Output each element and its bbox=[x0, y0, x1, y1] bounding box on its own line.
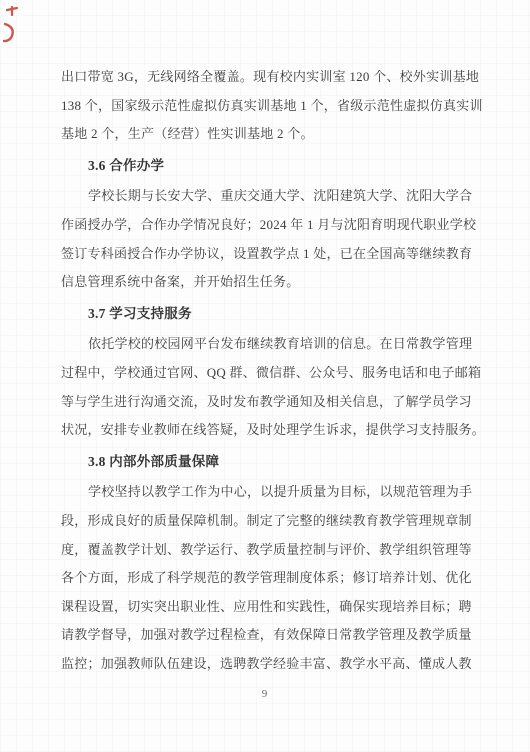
text-line: 状况，安排专业教师在线答疑，及时处理学生诉求，提供学习支持服务。 bbox=[61, 416, 470, 445]
text-line: 等与学生进行沟通交流，及时发布教学通知及相关信息，了解学员学习 bbox=[61, 388, 470, 417]
text-line: 138 个，国家级示范性虚拟仿真实训基地 1 个，省级示范性虚拟仿真实训 bbox=[61, 92, 470, 121]
text-line: 学校坚持以教学工作为中心，以提升质量为目标，以规范管理为手 bbox=[61, 478, 470, 507]
text-line: 度，覆盖教学计划、教学运行、教学质量控制与评价、教学组织管理等 bbox=[61, 536, 470, 565]
document-page: 出口带宽 3G，无线网络全覆盖。现有校内实训室 120 个、校外实训基地138 … bbox=[0, 0, 530, 752]
page-number: 9 bbox=[0, 688, 530, 700]
section-heading: 3.8 内部外部质量保障 bbox=[61, 448, 470, 477]
text-line: 课程设置，切实突出职业性、应用性和实践性，确保实现培养目标；聘 bbox=[61, 593, 470, 622]
text-line: 出口带宽 3G，无线网络全覆盖。现有校内实训室 120 个、校外实训基地 bbox=[61, 63, 470, 92]
text-line: 段，形成良好的质量保障机制。制定了完整的继续教育教学管理规章制 bbox=[61, 507, 470, 536]
section-heading: 3.7 学习支持服务 bbox=[61, 300, 470, 329]
text-line: 签订专科函授合作办学协议，设置教学点 1 处，已在全国高等继续教育 bbox=[61, 240, 470, 269]
section-heading: 3.6 合作办学 bbox=[61, 152, 470, 181]
document-body: 出口带宽 3G，无线网络全覆盖。现有校内实训室 120 个、校外实训基地138 … bbox=[61, 63, 470, 678]
text-line: 信息管理系统中备案，并开始招生任务。 bbox=[61, 268, 470, 297]
text-line: 各个方面，形成了科学规范的教学管理制度体系；修订培养计划、优化 bbox=[61, 564, 470, 593]
text-line: 监控；加强教师队伍建设，选聘教学经验丰富、教学水平高、懂成人教 bbox=[61, 650, 470, 679]
red-ink-mark bbox=[1, 2, 25, 50]
text-line: 过程中，学校通过官网、QQ 群、微信群、公众号、服务电话和电子邮箱 bbox=[61, 359, 470, 388]
text-line: 依托学校的校园网平台发布继续教育培训的信息。在日常教学管理 bbox=[61, 330, 470, 359]
text-line: 作函授办学，合作办学情况良好；2024 年 1 月与沈阳育明现代职业学校 bbox=[61, 211, 470, 240]
text-line: 基地 2 个，生产（经营）性实训基地 2 个。 bbox=[61, 120, 470, 149]
text-line: 学校长期与长安大学、重庆交通大学、沈阳建筑大学、沈阳大学合 bbox=[61, 182, 470, 211]
text-line: 请教学督导，加强对教学过程检查，有效保障日常教学管理及教学质量 bbox=[61, 621, 470, 650]
